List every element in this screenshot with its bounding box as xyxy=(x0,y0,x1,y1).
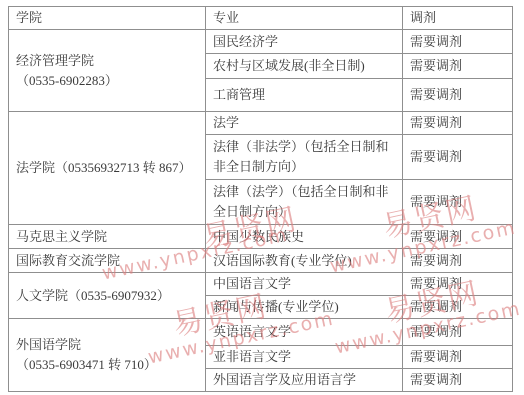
status-cell: 需要调剂 xyxy=(403,369,513,392)
college-phone: （0535-6903471 转 710） xyxy=(16,355,198,375)
major-cell: 农村与区域发展(非全日制) xyxy=(206,54,403,79)
college-cell-economics: 经济管理学院 （0535-6902283） xyxy=(9,30,206,112)
major-cell: 中国语言文学 xyxy=(206,273,403,296)
college-cell-humanities: 人文学院（0535-6907932） xyxy=(9,273,206,319)
major-cell: 亚非语言文学 xyxy=(206,346,403,369)
table-row: 外国语学院 （0535-6903471 转 710） 英语语言文学 需要调剂 xyxy=(9,319,513,346)
status-cell: 需要调剂 xyxy=(403,296,513,319)
col-header-college: 学院 xyxy=(9,7,206,30)
college-cell-foreign-languages: 外国语学院 （0535-6903471 转 710） xyxy=(9,319,206,392)
status-cell: 需要调剂 xyxy=(403,346,513,369)
status-cell: 需要调剂 xyxy=(403,112,513,135)
status-cell: 需要调剂 xyxy=(403,79,513,112)
college-name: 人文学院 xyxy=(16,288,68,303)
college-phone: （05356932713 转 867） xyxy=(55,160,192,175)
college-cell-marxism: 马克思主义学院 xyxy=(9,225,206,249)
table-row: 人文学院（0535-6907932） 中国语言文学 需要调剂 xyxy=(9,273,513,296)
table-row: 马克思主义学院 中国少数民族史 需要调剂 xyxy=(9,225,513,249)
college-phone: （0535-6902283） xyxy=(16,71,198,91)
status-cell: 需要调剂 xyxy=(403,30,513,54)
status-cell: 需要调剂 xyxy=(403,273,513,296)
college-phone: （0535-6907932） xyxy=(68,288,170,303)
college-name: 经济管理学院 xyxy=(16,51,198,71)
major-cell: 汉语国际教育(专业学位) xyxy=(206,249,403,273)
major-cell: 工商管理 xyxy=(206,79,403,112)
college-name: 法学院 xyxy=(16,160,55,175)
col-header-major: 专业 xyxy=(206,7,403,30)
major-cell: 法律（非法学）（包括全日制和非全日制方向） xyxy=(206,135,403,180)
college-cell-law: 法学院（05356932713 转 867） xyxy=(9,112,206,225)
status-cell: 需要调剂 xyxy=(403,180,513,225)
major-cell: 中国少数民族史 xyxy=(206,225,403,249)
college-name: 外国语学院 xyxy=(16,335,198,355)
major-cell: 新闻与传播(专业学位) xyxy=(206,296,403,319)
major-cell: 法律（法学）（包括全日制和非全日制方向） xyxy=(206,180,403,225)
col-header-adjust: 调剂 xyxy=(403,7,513,30)
major-cell: 国民经济学 xyxy=(206,30,403,54)
table-row: 经济管理学院 （0535-6902283） 国民经济学 需要调剂 xyxy=(9,30,513,54)
table-row: 法学院（05356932713 转 867） 法学 需要调剂 xyxy=(9,112,513,135)
status-cell: 需要调剂 xyxy=(403,249,513,273)
major-cell: 英语语言文学 xyxy=(206,319,403,346)
major-cell: 法学 xyxy=(206,112,403,135)
page: 学院 专业 调剂 经济管理学院 （0535-6902283） 国民经济学 需要调… xyxy=(0,0,524,395)
adjustment-table: 学院 专业 调剂 经济管理学院 （0535-6902283） 国民经济学 需要调… xyxy=(8,6,513,392)
status-cell: 需要调剂 xyxy=(403,225,513,249)
table-header-row: 学院 专业 调剂 xyxy=(9,7,513,30)
major-cell: 外国语言学及应用语言学 xyxy=(206,369,403,392)
status-cell: 需要调剂 xyxy=(403,135,513,180)
status-cell: 需要调剂 xyxy=(403,319,513,346)
status-cell: 需要调剂 xyxy=(403,54,513,79)
table-row: 国际教育交流学院 汉语国际教育(专业学位) 需要调剂 xyxy=(9,249,513,273)
college-cell-international: 国际教育交流学院 xyxy=(9,249,206,273)
